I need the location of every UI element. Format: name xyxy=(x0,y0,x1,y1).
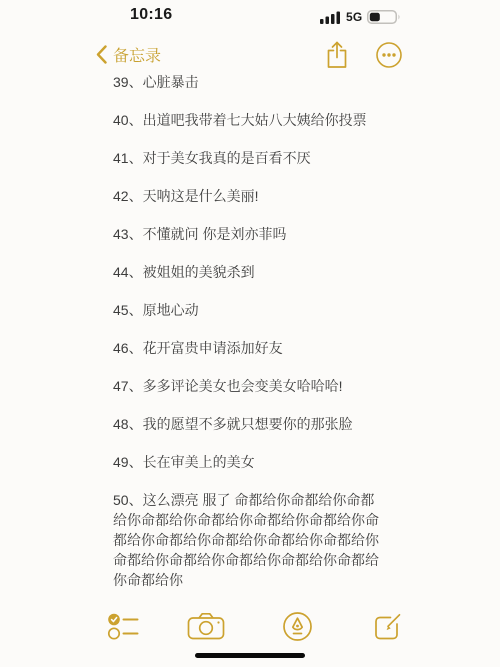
compose-icon xyxy=(372,611,403,642)
battery-icon xyxy=(367,10,401,24)
note-line: 46、花开富贵申请添加好友 xyxy=(113,338,385,358)
note-line: 50、这么漂亮 服了 命都给你命都给你命都给你命都给你命都给你命都给你命都给你命… xyxy=(113,490,385,590)
camera-button[interactable] xyxy=(186,608,226,644)
home-indicator[interactable] xyxy=(195,653,305,658)
note-line: 48、我的愿望不多就只想要你的那张脸 xyxy=(113,414,385,434)
status-right-cluster: 5G xyxy=(320,10,401,24)
note-line: 42、天呐这是什么美丽! xyxy=(113,186,385,206)
note-text-area[interactable]: 39、心脏暴击40、出道吧我带着七大姑八大姨给你投票41、对于美女我真的是百看不… xyxy=(113,72,385,608)
markup-pen-icon xyxy=(282,611,313,642)
status-time: 10:16 xyxy=(130,6,172,24)
ellipsis-circle-icon xyxy=(375,41,403,69)
back-button-label: 备忘录 xyxy=(113,43,161,66)
back-button[interactable]: 备忘录 xyxy=(96,44,161,64)
camera-icon xyxy=(187,611,225,641)
note-line: 40、出道吧我带着七大姑八大姨给你投票 xyxy=(113,110,385,130)
checklist-button[interactable] xyxy=(103,608,143,644)
note-line: 43、不懂就问 你是刘亦菲吗 xyxy=(113,224,385,244)
more-options-button[interactable] xyxy=(374,40,404,70)
network-type-label: 5G xyxy=(346,10,362,24)
notes-app-screen: 10:16 5G 备忘录 xyxy=(0,0,500,667)
note-line: 39、心脏暴击 xyxy=(113,72,385,92)
compose-button[interactable] xyxy=(367,608,407,644)
chevron-left-icon xyxy=(96,45,107,64)
note-line: 49、长在审美上的美女 xyxy=(113,452,385,472)
share-icon xyxy=(326,41,348,69)
note-list: 39、心脏暴击40、出道吧我带着七大姑八大姨给你投票41、对于美女我真的是百看不… xyxy=(113,72,385,590)
cellular-signal-icon xyxy=(320,11,341,24)
share-button[interactable] xyxy=(322,40,352,70)
note-line: 47、多多评论美女也会变美女哈哈哈! xyxy=(113,376,385,396)
markup-button[interactable] xyxy=(277,608,317,644)
note-line: 41、对于美女我真的是百看不厌 xyxy=(113,148,385,168)
note-line: 44、被姐姐的美貌杀到 xyxy=(113,262,385,282)
checklist-icon xyxy=(107,612,139,641)
note-line: 45、原地心动 xyxy=(113,300,385,320)
